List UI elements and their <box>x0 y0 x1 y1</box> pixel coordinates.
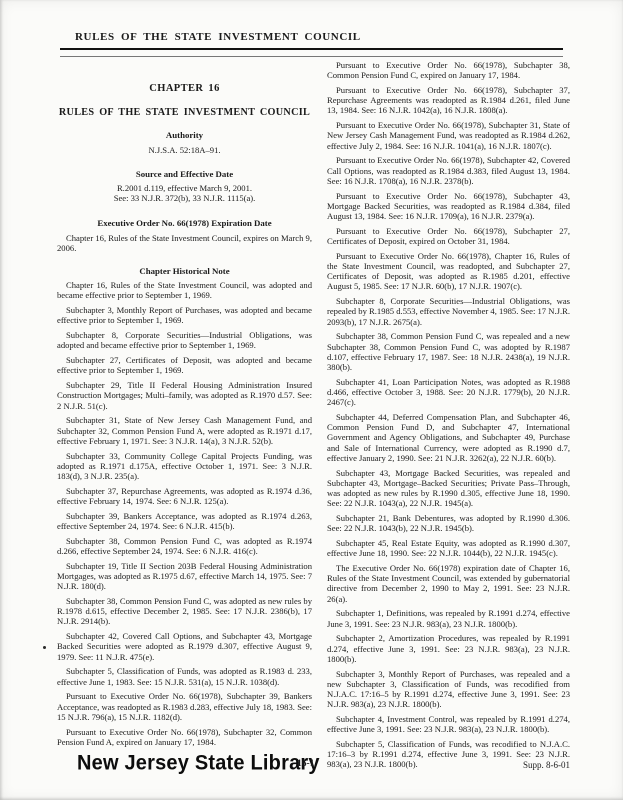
historical-note-paragraph: Subchapter 29, Title II Federal Housing … <box>57 380 312 411</box>
historical-note-paragraph: Subchapter 4, Investment Control, was re… <box>327 714 570 734</box>
historical-note-paragraph: Pursuant to Executive Order No. 66(1978)… <box>327 60 570 80</box>
historical-note-paragraph: Pursuant to Executive Order No. 66(1978)… <box>327 155 570 186</box>
chapter-number-heading: CHAPTER 16 <box>57 84 312 94</box>
historical-note-paragraph: Chapter 16, Rules of the State Investmen… <box>57 280 312 300</box>
left-column: CHAPTER 16 RULES OF THE STATE INVESTMENT… <box>57 84 312 752</box>
source-line-2: See: 33 N.J.R. 372(b), 33 N.J.R. 1115(a)… <box>57 193 312 203</box>
historical-note-paragraph: Subchapter 8, Corporate Securities—Indus… <box>57 330 312 350</box>
historical-note-paragraph: Subchapter 44, Deferred Compensation Pla… <box>327 412 570 463</box>
historical-note-paragraph: Subchapter 43, Mortgage Backed Securitie… <box>327 468 570 509</box>
historical-note-paragraph: Subchapter 27, Certificates of Deposit, … <box>57 355 312 375</box>
historical-note-paragraph: Subchapter 19, Title II Section 203B Fed… <box>57 561 312 592</box>
source-line-1: R.2001 d.119, effective March 9, 2001. <box>57 183 312 193</box>
historical-note-paragraph: Subchapter 8, Corporate Securities—Indus… <box>327 296 570 327</box>
historical-note-paragraph: Subchapter 41, Loan Participation Notes,… <box>327 377 570 408</box>
authority-citation: N.J.S.A. 52:18A–91. <box>57 145 312 155</box>
running-head: RULES OF THE STATE INVESTMENT COUNCIL <box>75 31 361 43</box>
historical-note-paragraph: Pursuant to Executive Order No. 66(1978)… <box>57 727 312 747</box>
historical-note-paragraph: Subchapter 1, Definitions, was repealed … <box>327 608 570 628</box>
source-effective-date-heading: Source and Effective Date <box>57 169 312 179</box>
page-number: 16-1 <box>297 759 314 769</box>
historical-note-paragraph: Pursuant to Executive Order No. 66(1978)… <box>57 691 312 722</box>
historical-note-paragraph: Subchapter 2, Amortization Procedures, w… <box>327 633 570 664</box>
historical-note-paragraph: Subchapter 38, Common Pension Fund C, wa… <box>327 331 570 372</box>
historical-note-paragraph: Pursuant to Executive Order No. 66(1978)… <box>327 85 570 116</box>
historical-note-paragraph: Pursuant to Executive Order No. 66(1978)… <box>327 226 570 246</box>
historical-note-paragraph: Subchapter 3, Monthly Report of Purchase… <box>57 305 312 325</box>
expiration-date-heading: Executive Order No. 66(1978) Expiration … <box>57 218 312 228</box>
library-stamp: New Jersey State Library <box>77 751 320 775</box>
historical-note-paragraph: Subchapter 38, Common Pension Fund C, wa… <box>57 596 312 627</box>
historical-note-paragraph: Subchapter 31, State of New Jersey Cash … <box>57 415 312 446</box>
expiration-paragraph: Chapter 16, Rules of the State Investmen… <box>57 233 312 253</box>
historical-note-paragraph: Pursuant to Executive Order No. 66(1978)… <box>327 251 570 292</box>
historical-note-paragraph: Pursuant to Executive Order No. 66(1978)… <box>327 191 570 222</box>
historical-note-paragraph: Subchapter 21, Bank Debentures, was adop… <box>327 513 570 533</box>
supplement-date: Supp. 8-6-01 <box>523 760 570 770</box>
historical-note-paragraph: Subchapter 5, Classification of Funds, w… <box>57 666 312 686</box>
authority-heading: Authority <box>57 130 312 140</box>
historical-note-paragraph: Subchapter 37, Repurchase Agreements, wa… <box>57 486 312 506</box>
historical-note-paragraph: Subchapter 33, Community College Capital… <box>57 451 312 482</box>
historical-note-paragraph: Pursuant to Executive Order No. 66(1978)… <box>327 120 570 151</box>
historical-note-paragraph: Subchapter 45, Real Estate Equity, was a… <box>327 538 570 558</box>
header-rule <box>60 48 563 57</box>
historical-note-paragraph: The Executive Order No. 66(1978) expirat… <box>327 563 570 604</box>
left-column-paragraphs: Chapter 16, Rules of the State Investmen… <box>57 280 312 747</box>
right-column-paragraphs: Pursuant to Executive Order No. 66(1978)… <box>327 60 570 770</box>
historical-note-paragraph: Subchapter 38, Common Pension Fund C, wa… <box>57 536 312 556</box>
right-column: Pursuant to Executive Order No. 66(1978)… <box>327 60 570 774</box>
historical-note-paragraph: Subchapter 3, Monthly Report of Purchase… <box>327 669 570 710</box>
historical-note-paragraph: Subchapter 42, Covered Call Options, and… <box>57 631 312 662</box>
scan-artifact-dot <box>43 646 46 649</box>
historical-note-heading: Chapter Historical Note <box>57 266 312 276</box>
chapter-title: RULES OF THE STATE INVESTMENT COUNCIL <box>57 108 312 118</box>
historical-note-paragraph: Subchapter 39, Bankers Acceptance, was a… <box>57 511 312 531</box>
